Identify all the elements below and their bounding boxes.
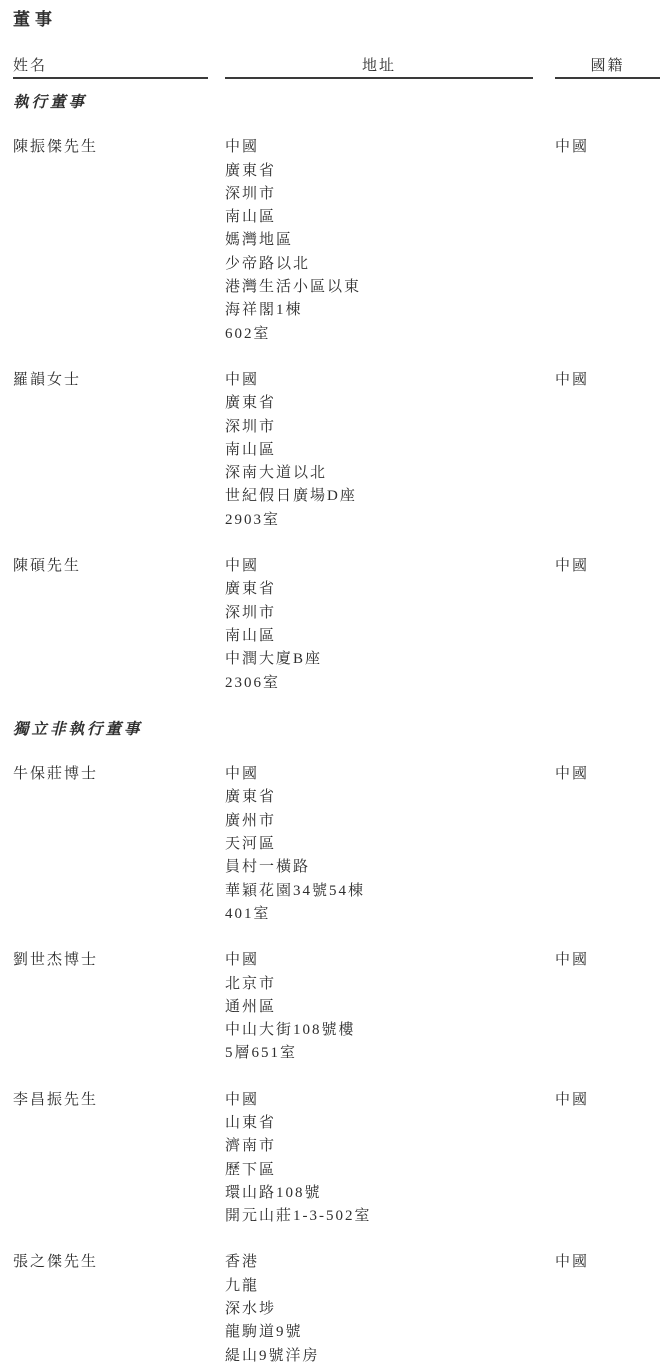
address-line: 海祥閣1棟 <box>225 299 533 322</box>
address-line: 602室 <box>225 323 533 346</box>
address-line: 中潤大廈B座 <box>225 648 533 671</box>
address-line: 401室 <box>225 903 533 926</box>
address-line: 深水埗 <box>225 1298 533 1321</box>
address-line: 廣東省 <box>225 786 533 809</box>
director-row: 陳振傑先生中國廣東省深圳市南山區媽灣地區少帝路以北港灣生活小區以東海祥閣1棟60… <box>13 136 660 346</box>
section-heading: 執行董事 <box>13 91 660 114</box>
address-line: 南山區 <box>225 625 533 648</box>
director-address: 中國廣東省深圳市南山區媽灣地區少帝路以北港灣生活小區以東海祥閣1棟602室 <box>225 136 533 346</box>
director-address: 中國廣東省廣州市天河區員村一橫路華穎花園34號54棟401室 <box>225 763 533 926</box>
address-line: 香港 <box>225 1251 533 1274</box>
column-header-nationality: 國籍 <box>555 57 660 79</box>
director-name: 陳振傑先生 <box>13 136 208 159</box>
address-line: 中國 <box>225 369 533 392</box>
director-nationality: 中國 <box>555 1089 660 1112</box>
address-line: 少帝路以北 <box>225 253 533 276</box>
director-name: 牛保莊博士 <box>13 763 208 786</box>
address-line: 媽灣地區 <box>225 229 533 252</box>
address-line: 中國 <box>225 763 533 786</box>
director-name: 張之傑先生 <box>13 1251 208 1274</box>
director-nationality: 中國 <box>555 136 660 159</box>
address-line: 開元山莊1-3-502室 <box>225 1205 533 1228</box>
director-address: 中國北京市通州區中山大街108號樓5層651室 <box>225 949 533 1065</box>
director-nationality: 中國 <box>555 1251 660 1274</box>
address-line: 九龍 <box>225 1275 533 1298</box>
director-row: 羅韻女士中國廣東省深圳市南山區深南大道以北世紀假日廣場D座2903室中國 <box>13 369 660 532</box>
director-name: 陳碩先生 <box>13 555 208 578</box>
address-line: 5層651室 <box>225 1042 533 1065</box>
director-row: 李昌振先生中國山東省濟南市歷下區環山路108號開元山莊1-3-502室中國 <box>13 1089 660 1229</box>
address-line: 廣東省 <box>225 160 533 183</box>
address-line: 2306室 <box>225 672 533 695</box>
address-line: 中國 <box>225 555 533 578</box>
address-line: 深圳市 <box>225 416 533 439</box>
address-line: 通州區 <box>225 996 533 1019</box>
page-title: 董事 <box>13 9 660 31</box>
address-line: 世紀假日廣場D座 <box>225 485 533 508</box>
address-line: 廣東省 <box>225 578 533 601</box>
address-line: 港灣生活小區以東 <box>225 276 533 299</box>
director-name: 羅韻女士 <box>13 369 208 392</box>
address-line: 深南大道以北 <box>225 462 533 485</box>
director-nationality: 中國 <box>555 763 660 786</box>
director-address: 中國廣東省深圳市南山區深南大道以北世紀假日廣場D座2903室 <box>225 369 533 532</box>
address-line: 天河區 <box>225 833 533 856</box>
address-line: 中國 <box>225 1089 533 1112</box>
address-line: 北京市 <box>225 973 533 996</box>
address-line: 廣州市 <box>225 810 533 833</box>
director-nationality: 中國 <box>555 949 660 972</box>
director-name: 劉世杰博士 <box>13 949 208 972</box>
address-line: 緹山9號洋房 <box>225 1345 533 1366</box>
address-line: 中國 <box>225 949 533 972</box>
address-line: 深圳市 <box>225 602 533 625</box>
director-address: 香港九龍深水埗龍駒道9號緹山9號洋房 <box>225 1251 533 1366</box>
director-address: 中國山東省濟南市歷下區環山路108號開元山莊1-3-502室 <box>225 1089 533 1229</box>
director-nationality: 中國 <box>555 369 660 392</box>
table-body: 執行董事陳振傑先生中國廣東省深圳市南山區媽灣地區少帝路以北港灣生活小區以東海祥閣… <box>13 91 660 1366</box>
address-line: 中國 <box>225 136 533 159</box>
address-line: 山東省 <box>225 1112 533 1135</box>
director-nationality: 中國 <box>555 555 660 578</box>
director-row: 張之傑先生香港九龍深水埗龍駒道9號緹山9號洋房中國 <box>13 1251 660 1366</box>
address-line: 南山區 <box>225 439 533 462</box>
address-line: 環山路108號 <box>225 1182 533 1205</box>
director-address: 中國廣東省深圳市南山區中潤大廈B座2306室 <box>225 555 533 695</box>
director-row: 劉世杰博士中國北京市通州區中山大街108號樓5層651室中國 <box>13 949 660 1065</box>
address-line: 歷下區 <box>225 1159 533 1182</box>
column-header-name: 姓名 <box>13 57 208 79</box>
table-header: 姓名 地址 國籍 <box>13 57 660 79</box>
address-line: 2903室 <box>225 509 533 532</box>
director-name: 李昌振先生 <box>13 1089 208 1112</box>
directors-table: 姓名 地址 國籍 執行董事陳振傑先生中國廣東省深圳市南山區媽灣地區少帝路以北港灣… <box>13 57 660 1366</box>
director-row: 陳碩先生中國廣東省深圳市南山區中潤大廈B座2306室中國 <box>13 555 660 695</box>
column-header-address: 地址 <box>225 57 533 79</box>
address-line: 龍駒道9號 <box>225 1321 533 1344</box>
address-line: 濟南市 <box>225 1135 533 1158</box>
address-line: 南山區 <box>225 206 533 229</box>
director-row: 牛保莊博士中國廣東省廣州市天河區員村一橫路華穎花園34號54棟401室中國 <box>13 763 660 926</box>
address-line: 深圳市 <box>225 183 533 206</box>
address-line: 華穎花園34號54棟 <box>225 880 533 903</box>
address-line: 廣東省 <box>225 392 533 415</box>
address-line: 員村一橫路 <box>225 856 533 879</box>
document-page: 董事 姓名 地址 國籍 執行董事陳振傑先生中國廣東省深圳市南山區媽灣地區少帝路以… <box>0 0 660 1366</box>
address-line: 中山大街108號樓 <box>225 1019 533 1042</box>
section-heading: 獨立非執行董事 <box>13 718 660 741</box>
